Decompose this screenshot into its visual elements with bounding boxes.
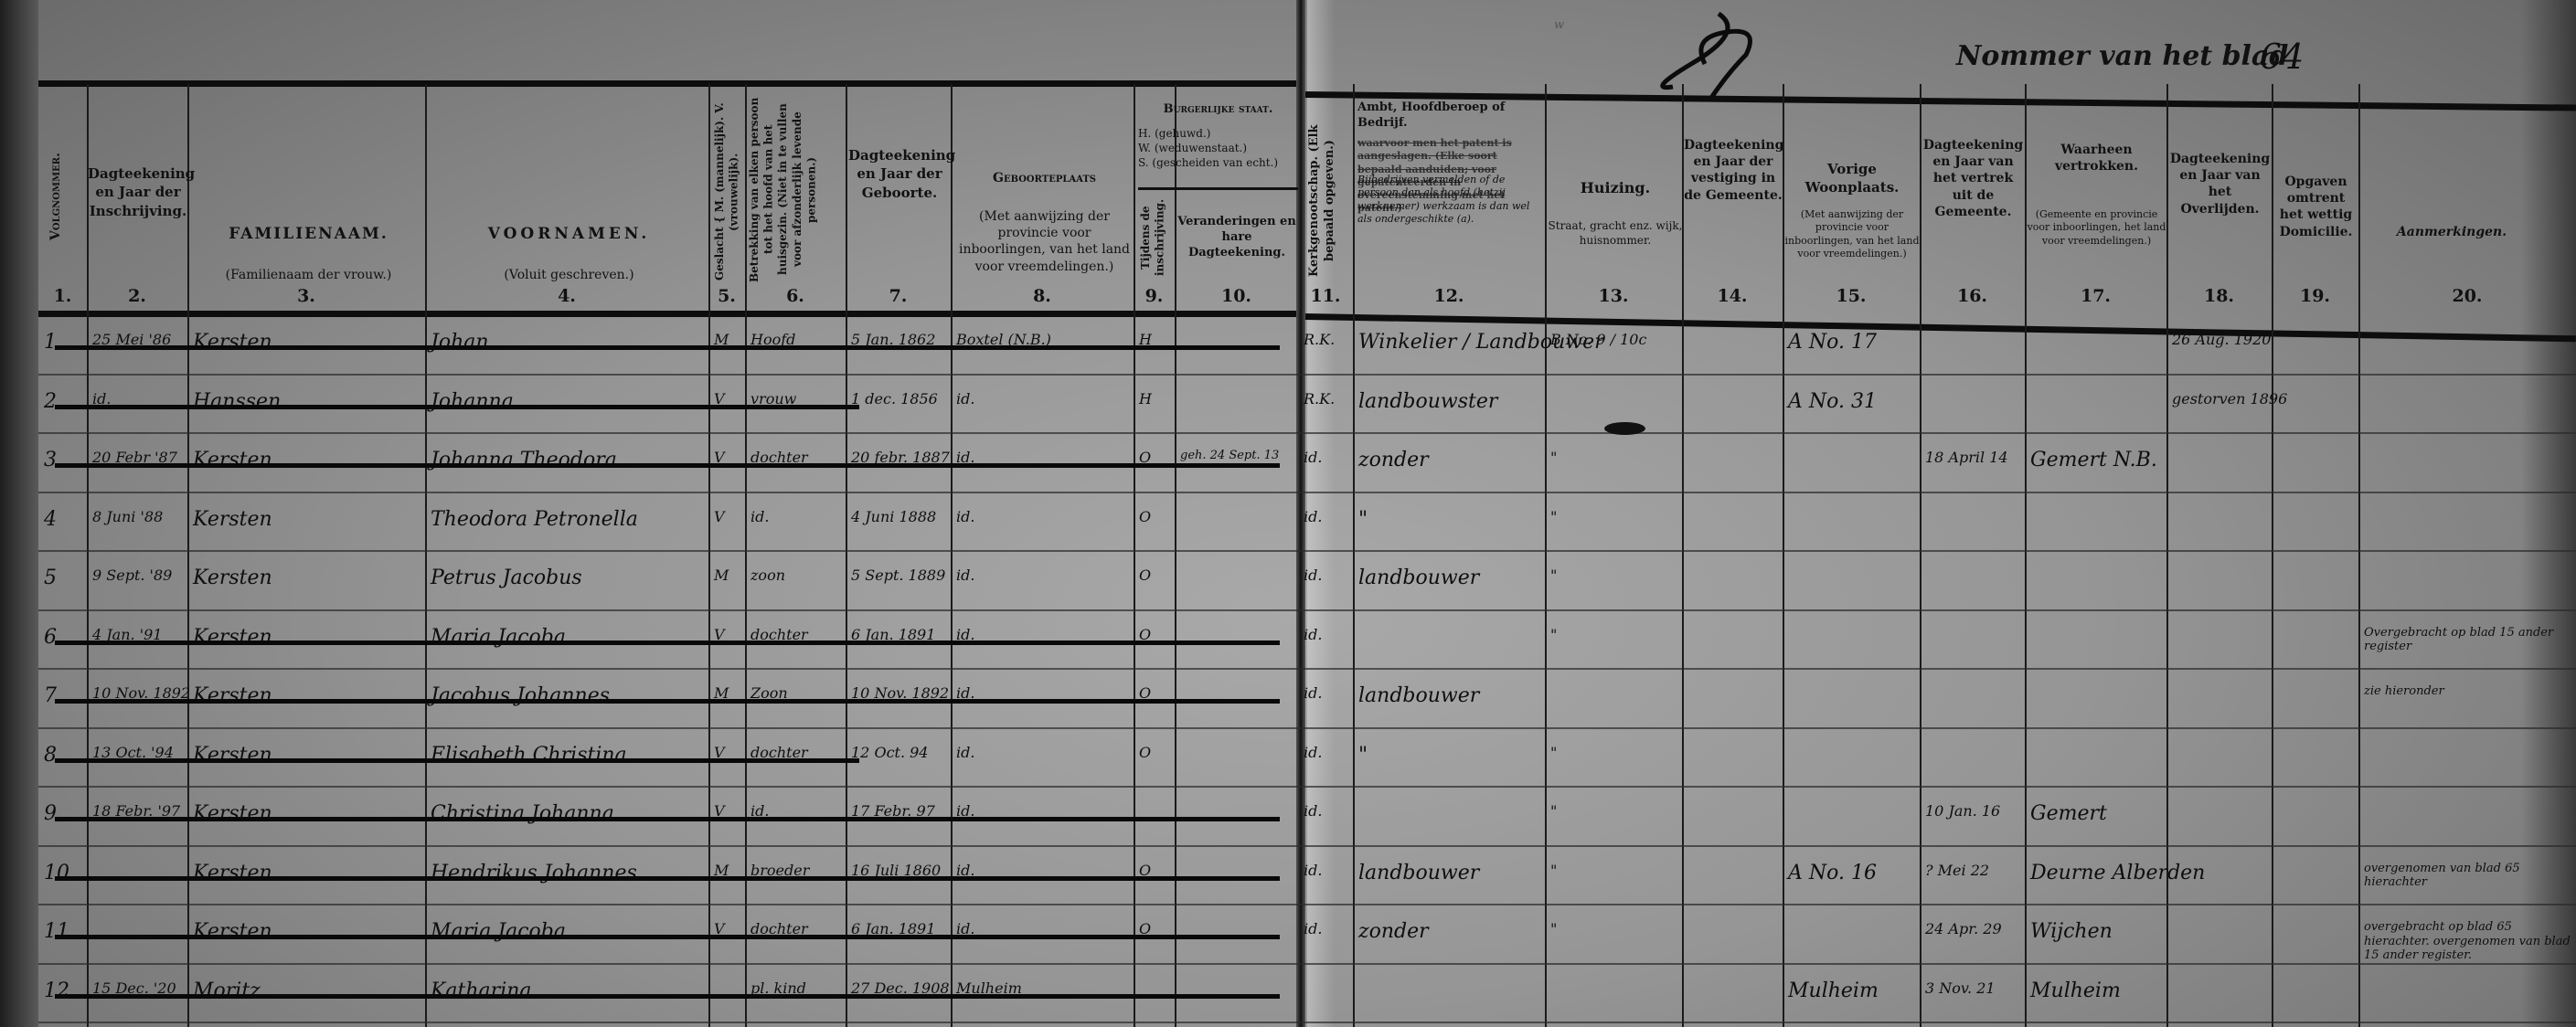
cell-aanmerkingen: overgebracht op blad 65 hierachter. over… [2364,920,2574,963]
strike-through-line [55,935,1280,939]
cell-voornamen: Hendrikus Johannes [431,862,637,884]
col-9-header: Tijdens de inschrijving. [1139,192,1172,283]
col-13-subheader: Straat, gracht enz. wijk, huisnommer. [1547,219,1684,248]
col-4-subheader: (Voluit geschreven.) [430,267,708,283]
cell-kerk: id. [1304,744,1322,761]
column-number: 18. [2166,286,2272,306]
cell-voornamen: Katharina [431,979,532,1002]
sheet-number-value: 64 [2260,37,2304,77]
row-line [38,786,2576,788]
cell-huizing: " [1550,449,1557,466]
register-page: w Nommer van het blad 64 Volgnommer. Dag… [0,0,2576,1027]
cell-beroep: landbouwer [1358,862,1479,884]
cell-nr: 7 [44,684,57,707]
col-4-header: VOORNAMEN. [430,224,708,245]
cell-vorige: A No. 17 [1788,331,1877,354]
col-3-header: FAMILIENAAM. [192,224,425,245]
cell-waarheen: Deurne Alberden [2030,862,2165,884]
column-divider [2166,84,2168,1027]
cell-huizing: " [1550,508,1557,525]
column-number: 11. [1298,286,1353,306]
cell-huizing: " [1550,566,1557,584]
cell-huizing: " [1550,920,1557,937]
cell-betrekking: zoon [750,566,785,584]
col-15-header: Vorige Woonplaats. [1784,160,1920,197]
row-line [38,550,2576,552]
cell-geboorte: 1 dec. 1856 [851,390,938,408]
cell-huizing: B No. 9 / 10c [1550,331,1646,348]
legend-item: S. (gescheiden van echt.) [1138,155,1298,170]
cell-beroep: zonder [1358,449,1429,471]
strike-through-line [55,463,1280,468]
cell-kerk: id. [1304,566,1322,584]
row-line [38,1022,2576,1023]
cell-staat: O [1139,508,1151,525]
column-number: 10. [1175,286,1298,306]
cell-huizing: " [1550,802,1557,820]
cell-staat: H [1139,390,1152,408]
cell-nr: 5 [44,566,57,589]
row-line [38,432,2576,434]
col-14-header: Dagteekening en Jaar der vestiging in de… [1684,137,1783,204]
cell-familienaam: Kersten [193,508,272,531]
cell-staat: O [1139,566,1151,584]
cell-beroep: landbouwer [1358,684,1479,707]
cell-vertrek: 24 Apr. 29 [1925,920,2002,937]
cell-vertrek: 10 Jan. 16 [1925,802,2000,820]
cell-familienaam: Hanssen [193,390,281,413]
row-line [38,963,2576,965]
cell-familienaam: Kersten [193,684,272,707]
cell-geboorteplaats: id. [956,508,974,525]
column-number: 3. [187,286,425,306]
col-2-header: Dagteekening en Jaar der Inschrijving. [88,164,188,220]
strike-through-line [55,876,1280,881]
cell-beroep: Winkelier / Landbouwer [1358,331,1543,354]
cell-familienaam: Kersten [193,449,272,471]
column-number: 15. [1783,286,1920,306]
cell-voornamen: Petrus Jacobus [431,566,582,589]
cell-voornamen: Christina Johanna [431,802,614,825]
cell-geboorteplaats: id. [956,744,974,761]
top-rule-left [38,80,1296,87]
cell-huizing: " [1550,862,1557,879]
column-divider [1175,84,1176,1027]
cell-beroep: zonder [1358,920,1429,943]
col-6-header: Betrekking van elken persoon tot het hoo… [748,96,843,283]
row-line [38,727,2576,729]
burgerlijke-staat-header: Burgerlijke staat. [1138,102,1298,118]
cell-voornamen: Theodora Petronella [431,508,638,531]
cell-vorige: A No. 31 [1788,390,1877,413]
cell-nr: 10 [44,862,69,884]
column-number: 12. [1353,286,1545,306]
col-11-header: Kerkgenootschap. (Elk bepaald opgeven.) [1307,119,1351,283]
cell-betrekking: id. [750,508,769,525]
column-divider [425,84,427,1027]
strike-through-line [55,345,1280,350]
strike-through-line [55,641,1280,645]
cell-nr: 8 [44,744,57,767]
cell-voornamen: Maria Jacoba [431,626,566,649]
cell-familienaam: Kersten [193,331,272,354]
cell-nr: 12 [44,979,69,1002]
column-number: 19. [2272,286,2358,306]
cell-huizing: " [1550,744,1557,761]
col-12-header: Ambt, Hoofdberoep of Bedrijf. [1357,101,1545,132]
cell-kerk: R.K. [1304,390,1335,408]
col-5-header: Geslacht { M. (mannelijk). V. (vrouwelij… [713,101,744,283]
cell-vorige: Mulheim [1788,979,1879,1002]
cell-familienaam: Kersten [193,920,272,943]
strike-through-line [55,405,859,409]
column-number: 7. [846,286,951,306]
column-divider [951,84,953,1027]
column-divider [1353,84,1355,1027]
col-12-handwritten-note: Bijbedrijven vermelden of de persoon dan… [1357,174,1545,226]
burgerlijke-staat-divider [1138,187,1298,190]
cell-veranderingen: geh. 24 Sept. 13 [1180,449,1279,462]
strike-through-line [55,817,1280,821]
cell-familienaam: Kersten [193,862,272,884]
cell-familienaam: Kersten [193,626,272,649]
cell-familienaam: Kersten [193,744,272,767]
row-line [38,668,2576,670]
cell-waarheen: Gemert [2030,802,2107,825]
row-line [38,609,2576,611]
cell-geboorte: 12 Oct. 94 [851,744,928,761]
col-15-subheader: (Met aanwijzing der provincie voor inboo… [1784,208,1920,260]
column-divider [745,84,747,1027]
cell-kerk: R.K. [1304,331,1335,348]
cell-nr: 3 [44,449,57,471]
col-13-header: Huizing. [1547,178,1684,198]
col-20-header: Aanmerkingen. [2360,224,2543,240]
strike-through-line [55,758,859,763]
cell-kerk: id. [1304,684,1322,702]
column-divider [187,84,189,1027]
cell-inschrijving: 8 Juni '88 [92,508,163,525]
cell-aanmerkingen: Overgebracht op blad 15 ander register [2364,626,2574,654]
col-8-header: Geboorteplaats [955,170,1134,186]
cell-overlijden: 26 Aug. 1920 [2172,331,2270,348]
faint-pencil-mark: w [1554,18,1564,32]
cell-familienaam: Kersten [193,802,272,825]
header-bottom-rule-left [38,311,1296,317]
column-divider [87,84,89,1027]
cell-beroep: landbouwer [1358,566,1479,589]
cell-kerk: id. [1304,862,1322,879]
cell-familienaam: Moritz [193,979,261,1002]
column-number: 1. [38,286,87,306]
cell-voornamen: Jacobus Johannes [431,684,610,707]
cell-geboorte: 4 Juni 1888 [851,508,936,525]
cell-aanmerkingen: overgenomen van blad 65 hierachter [2364,862,2574,890]
cell-voornamen: Johanna Theodora [431,449,617,471]
column-number: 17. [2025,286,2166,306]
column-divider [1920,84,1921,1027]
cell-nr: 2 [44,390,57,413]
cell-nr: 6 [44,626,57,649]
page-edge-left [0,0,38,1027]
col-1-header: Volgnommer. [48,128,75,265]
cell-kerk: id. [1304,626,1322,643]
cell-aanmerkingen: zie hieronder [2364,684,2574,699]
cell-nr: 9 [44,802,57,825]
row-line [38,374,2576,376]
strike-through-line [55,994,1280,999]
cell-beroep: " [1358,508,1368,531]
col-17-header: Waarheen vertrokken. [2027,142,2166,175]
column-number: 9. [1134,286,1175,306]
cell-geboorte: 5 Sept. 1889 [851,566,945,584]
cell-geslacht: V [714,508,725,525]
row-line [38,904,2576,905]
burgerlijke-staat-legend: H. (gehuwd.)W. (weduwenstaat.)S. (gesche… [1138,126,1298,171]
column-number: 16. [1920,286,2025,306]
col-16-header: Dagteekening en Jaar van het vertrek uit… [1921,137,2025,220]
col-19-header: Opgaven omtrent het wettig Domicilie. [2273,174,2358,240]
cell-kerk: id. [1304,802,1322,820]
column-number: 8. [951,286,1134,306]
ink-blotch [1604,422,1645,435]
cell-beroep: landbouwster [1358,390,1497,413]
row-line [38,492,2576,493]
cell-familienaam: Kersten [193,566,272,589]
cell-vertrek: 3 Nov. 21 [1925,979,1996,997]
cell-voornamen: Johan [431,331,489,354]
cell-geslacht: M [714,566,729,584]
legend-item: W. (weduwenstaat.) [1138,141,1298,155]
cell-overlijden: gestorven 1896 [2172,390,2270,408]
col-3-subheader: (Familienaam der vrouw.) [192,267,425,283]
column-number: 13. [1545,286,1682,306]
cell-kerk: id. [1304,449,1322,466]
column-number: 5. [708,286,745,306]
column-divider [846,84,847,1027]
cell-nr: 1 [44,331,57,354]
column-number: 2. [87,286,187,306]
legend-item: H. (gehuwd.) [1138,126,1298,141]
col-8-subheader: (Met aanwijzing der provincie voor inboo… [955,208,1134,275]
cell-huizing: " [1550,626,1557,643]
column-divider [1134,84,1135,1027]
cell-nr: 11 [44,920,69,943]
cell-voornamen: Maria Jacoba [431,920,566,943]
col-17-subheader: (Gemeente en provincie voor inboorlingen… [2027,208,2166,248]
cell-staat: O [1139,744,1151,761]
cell-inschrijving: 9 Sept. '89 [92,566,172,584]
col-10-header: Veranderingen en hare Dagteekening. [1177,215,1296,261]
column-number: 20. [2358,286,2576,306]
column-divider [708,84,710,1027]
strike-through-line [55,699,1280,704]
cell-beroep: " [1358,744,1368,767]
cell-voornamen: Elisabeth Christina [431,744,627,767]
signature-initials-icon [1618,9,1801,101]
cell-waarheen: Gemert N.B. [2030,449,2157,471]
cell-waarheen: Wijchen [2030,920,2113,943]
cell-waarheen: Mulheim [2030,979,2121,1002]
row-line [38,845,2576,847]
cell-vorige: A No. 16 [1788,862,1877,884]
cell-vertrek: 18 April 14 [1925,449,2008,466]
column-number: 4. [425,286,708,306]
cell-vertrek: ? Mei 22 [1925,862,1989,879]
col-7-header: Dagteekening en Jaar der Geboorte. [848,146,951,202]
column-number: 14. [1682,286,1783,306]
cell-geboorteplaats: id. [956,390,974,408]
cell-kerk: id. [1304,920,1322,937]
col-18-header: Dagteekening en Jaar van het Overlijden. [2168,151,2272,217]
column-number: 6. [745,286,846,306]
cell-kerk: id. [1304,508,1322,525]
cell-nr: 4 [44,508,57,531]
cell-geboorteplaats: id. [956,566,974,584]
sheet-number-label: Nommer van het blad [1956,40,2288,72]
cell-voornamen: Johanna [431,390,514,413]
